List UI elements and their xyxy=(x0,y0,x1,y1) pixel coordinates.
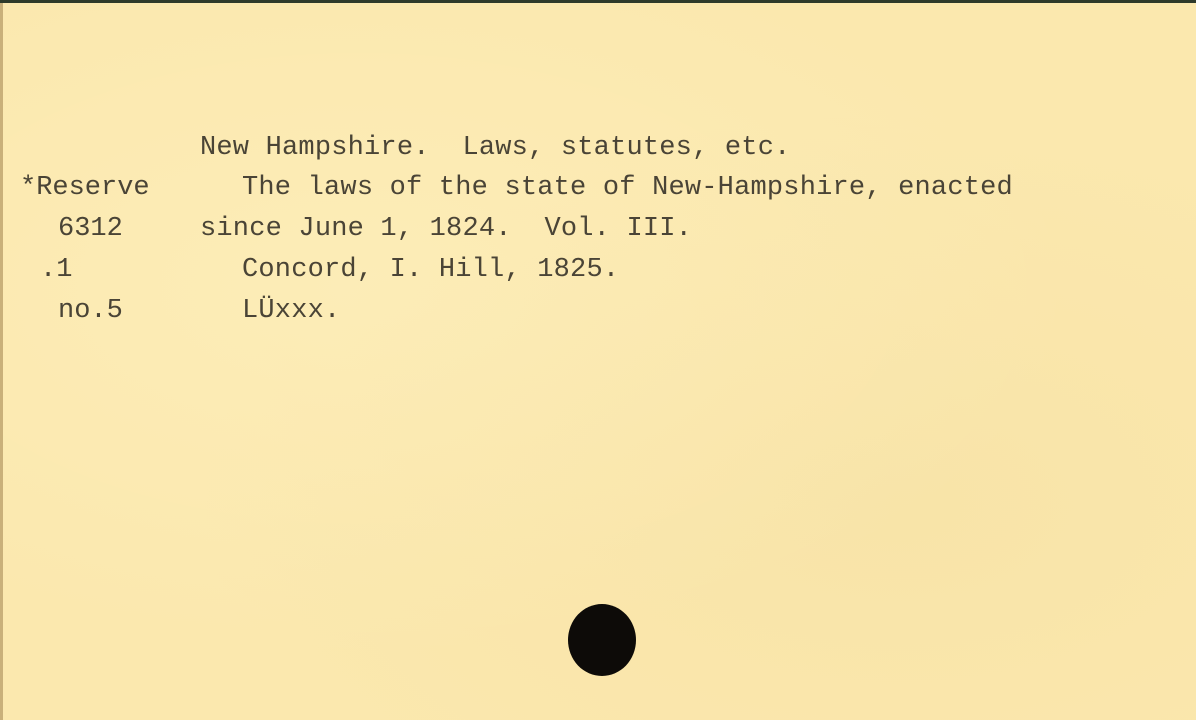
imprint: Concord, I. Hill, 1825. xyxy=(242,255,619,285)
call-number-location: *Reserve xyxy=(20,173,150,203)
title-line-1: The laws of the state of New-Hampshire, … xyxy=(242,173,1013,203)
call-number-subclass: .1 xyxy=(40,255,72,285)
collation: LÜxxx. xyxy=(242,296,340,326)
call-number-class: 6312 xyxy=(58,214,123,244)
catalog-card: *Reserve 6312 .1 no.5 New Hampshire. Law… xyxy=(0,0,1196,720)
call-number-item: no.5 xyxy=(58,296,123,326)
title-line-2: since June 1, 1824. Vol. III. xyxy=(200,214,692,244)
punch-hole xyxy=(568,604,636,676)
main-heading: New Hampshire. Laws, statutes, etc. xyxy=(200,133,791,163)
